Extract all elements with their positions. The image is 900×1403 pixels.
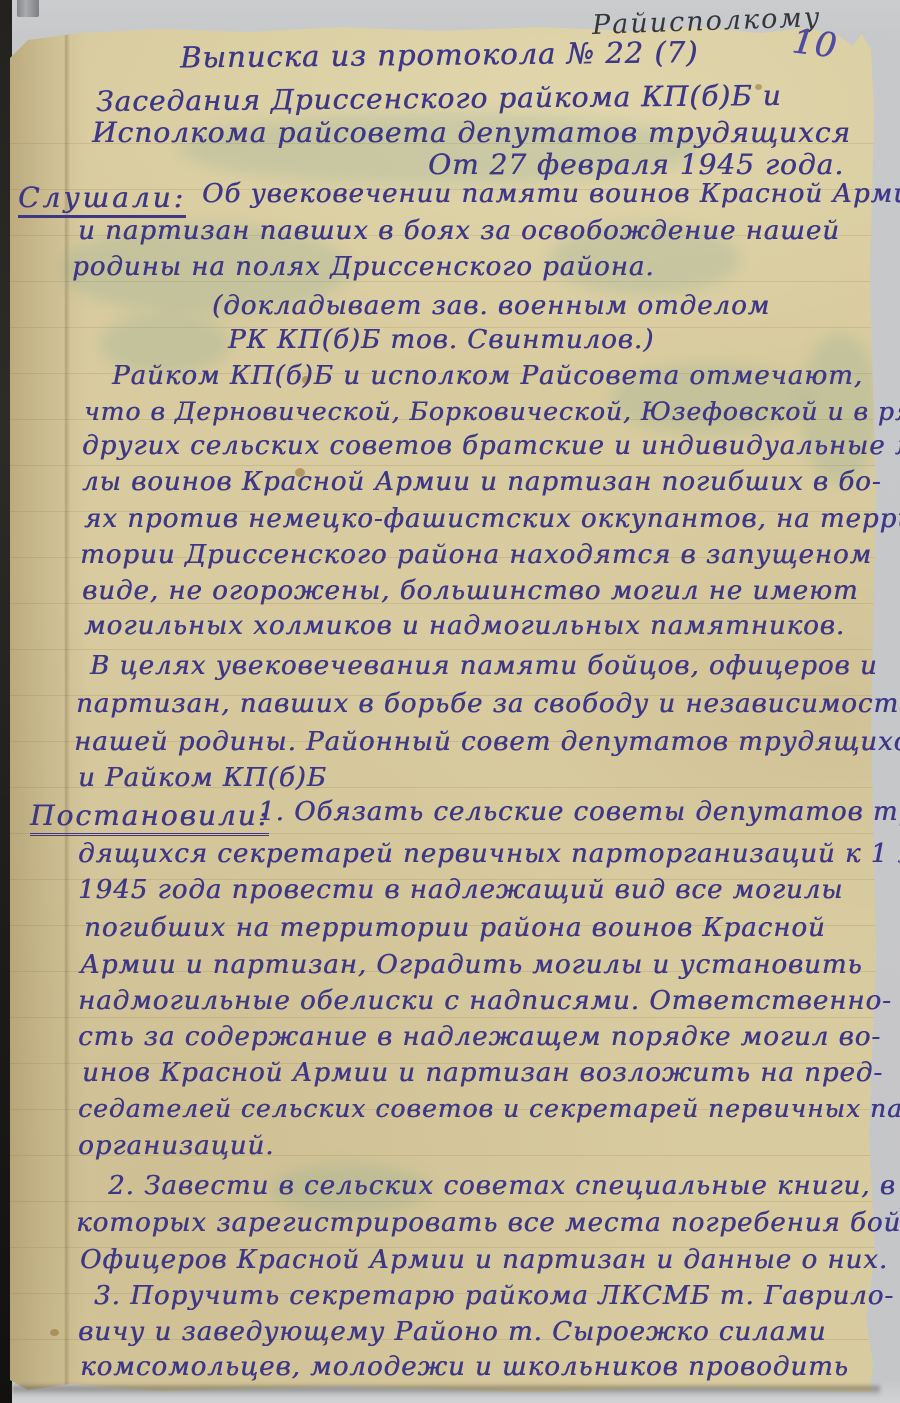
resolved-line: 2. Завести в сельских советах специальны… <box>108 1171 896 1202</box>
speaker-note-line: РК КП(б)Б тов. Свинтилов.) <box>228 325 654 356</box>
findings-line: Райком КП(б)Б и исполком Райсовета отмеч… <box>112 361 863 392</box>
listened-line: родины на полях Дриссенского района. <box>72 252 654 283</box>
resolved-line: 1. Обязать сельские советы депутатов тру… <box>258 797 900 828</box>
resolved-heading: Постановили: <box>30 799 269 833</box>
findings-line: что в Дерновической, Борковической, Юзеф… <box>84 397 900 427</box>
findings-line: могильных холмиков и надмогильных памятн… <box>84 611 845 642</box>
findings-line: лы воинов Красной Армии и партизан погиб… <box>82 467 882 498</box>
listened-line: и партизан павших в боях за освобождение… <box>78 216 840 247</box>
findings-line: ях против немецко-фашистских оккупантов,… <box>84 504 900 535</box>
findings-line: партизан, павших в борьбе за свободу и н… <box>76 689 900 720</box>
listened-heading: Слушали: <box>18 181 186 215</box>
listened-heading-label: Слушали: <box>18 181 186 218</box>
resolved-line: организаций. <box>78 1131 274 1162</box>
resolved-line: 1945 года провести в надлежащий вид все … <box>78 875 843 906</box>
resolved-line: дящихся секретарей первичных парторганиз… <box>78 839 900 870</box>
sheet-bottom-shadow <box>12 1386 880 1396</box>
resolved-line: Офицеров Красной Армии и партизан и данн… <box>80 1245 888 1276</box>
title-line: Заседания Дриссенского райкома КП(б)Б и <box>96 79 782 119</box>
findings-line: виде, не огорожены, большинство могил не… <box>82 576 859 607</box>
findings-line: В целях увековечевания памяти бойцов, оф… <box>90 651 878 682</box>
binder-clip <box>17 0 39 17</box>
title-line: Выписка из протокола № 22 (7) <box>180 35 660 75</box>
resolved-line: 3. Поручить секретарю райкома ЛКСМБ т. Г… <box>94 1281 894 1312</box>
resolved-line: сть за содержание в надлежащем порядке м… <box>78 1022 881 1053</box>
resolved-line: надмогильные обелиски с надписями. Ответ… <box>78 986 892 1017</box>
page-number: 10 <box>790 21 840 67</box>
speaker-note-line: (докладывает зав. военным отделом <box>212 291 770 322</box>
resolved-line: инов Красной Армии и партизан возложить … <box>82 1058 883 1089</box>
resolved-line: комсомольцев, молодежи и школьников пров… <box>80 1352 849 1383</box>
resolved-line: Армии и партизан, Оградить могилы и уста… <box>80 950 863 981</box>
listened-line: Об увековечении памяти воинов Красной Ар… <box>202 179 900 210</box>
resolved-line: которых зарегистрировать все места погре… <box>76 1208 900 1239</box>
findings-line: других сельских советов братские и индив… <box>82 431 900 462</box>
scanned-document-page: Райисполкому 10 Выписка из протокола № 2… <box>0 0 900 1403</box>
findings-line: тории Дриссенского района находятся в за… <box>80 540 872 571</box>
resolved-line: погибших на территории района воинов Кра… <box>84 913 826 944</box>
findings-line: и Райком КП(б)Б <box>78 763 327 794</box>
age-spot <box>50 1329 59 1336</box>
resolved-heading-label: Постановили: <box>30 799 269 836</box>
title-date-line: От 27 февраля 1945 года. <box>428 148 844 182</box>
resolved-line: седателей сельских советов и секретарей … <box>78 1094 900 1124</box>
title-line: Исполкома райсовета депутатов трудящихся <box>92 116 851 150</box>
findings-line: нашей родины. Районный совет депутатов т… <box>74 727 900 758</box>
resolved-line: вичу и заведующему Районо т. Сыроежко си… <box>78 1317 826 1348</box>
